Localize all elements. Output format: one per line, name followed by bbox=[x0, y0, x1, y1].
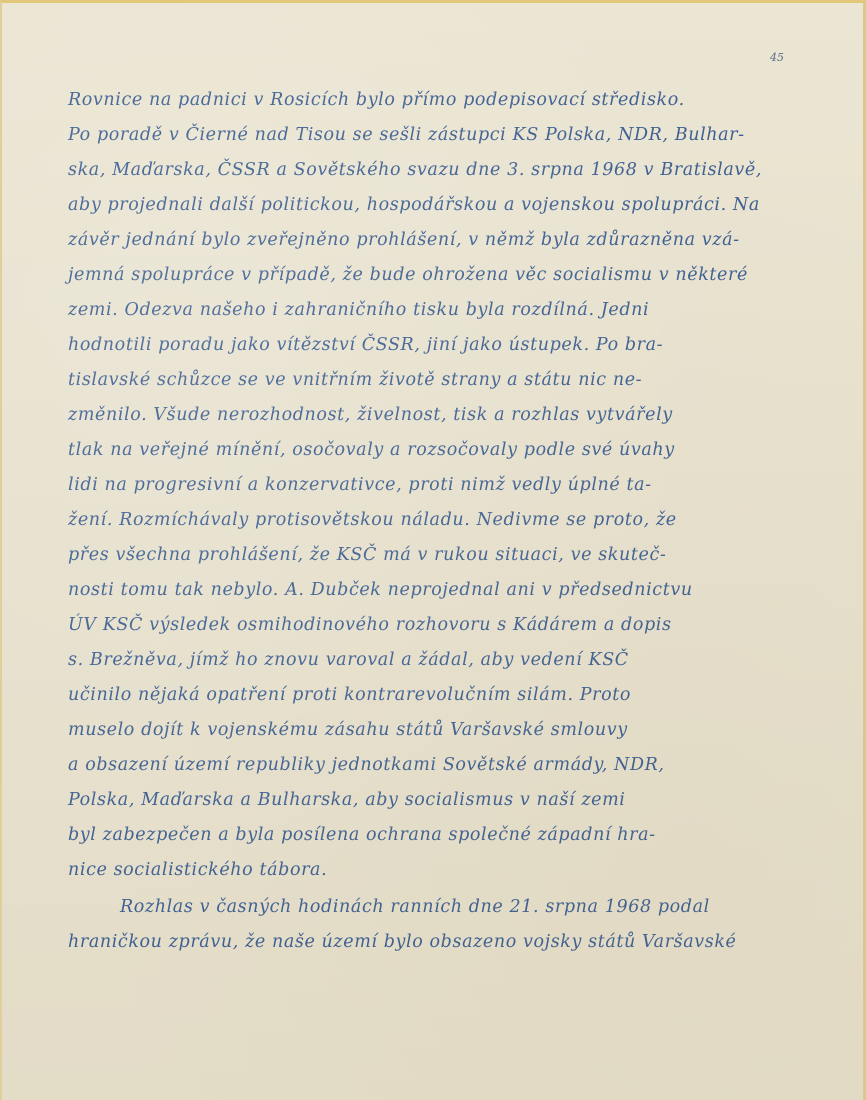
text-line: jemná spolupráce v případě, že bude ohro… bbox=[68, 258, 788, 293]
text-line: lidi na progresivní a konzervativce, pro… bbox=[68, 468, 788, 503]
text-line-content: nosti tomu tak nebylo. A. Dubček neproje… bbox=[68, 573, 693, 608]
text-line-content: zemi. Odezva našeho i zahraničního tisku… bbox=[68, 293, 649, 328]
text-line-content: Po poradě v Čierné nad Tisou se sešli zá… bbox=[68, 118, 745, 153]
text-line-content: tislavské schůzce se ve vnitřním životě … bbox=[68, 363, 642, 398]
text-line-content: Rozhlas v časných hodinách ranních dne 2… bbox=[120, 890, 710, 925]
text-line-content: jemná spolupráce v případě, že bude ohro… bbox=[68, 258, 748, 293]
text-line-content: ÚV KSČ výsledek osmihodinového rozhovoru… bbox=[68, 608, 672, 643]
text-line: přes všechna prohlášení, že KSČ má v ruk… bbox=[68, 538, 788, 573]
text-line: změnilo. Všude nerozhodnost, živelnost, … bbox=[68, 398, 788, 433]
text-line-content: přes všechna prohlášení, že KSČ má v ruk… bbox=[68, 538, 666, 573]
text-line: učinilo nějaká opatření proti kontrarevo… bbox=[68, 678, 788, 713]
text-line: nice socialistického tábora. bbox=[68, 853, 788, 888]
text-line-content: s. Brežněva, jímž ho znovu varoval a žád… bbox=[68, 643, 629, 678]
text-line-content: závěr jednání bylo zveřejněno prohlášení… bbox=[68, 223, 740, 258]
text-line-content: Polska, Maďarska a Bulharska, aby social… bbox=[68, 783, 626, 818]
text-line-content: aby projednali další politickou, hospodá… bbox=[68, 188, 760, 223]
text-line-content: lidi na progresivní a konzervativce, pro… bbox=[68, 468, 652, 503]
text-line-content: učinilo nějaká opatření proti kontrarevo… bbox=[68, 678, 631, 713]
text-line: Rovnice na padnici v Rosicích bylo přímo… bbox=[68, 83, 788, 118]
handwritten-text-body: Rovnice na padnici v Rosicích bylo přímo… bbox=[68, 83, 788, 960]
text-line-content: Rovnice na padnici v Rosicích bylo přímo… bbox=[68, 83, 685, 118]
manuscript-page: 45 Rovnice na padnici v Rosicích bylo př… bbox=[0, 0, 866, 1100]
text-line-content: a obsazení území republiky jednotkami So… bbox=[68, 748, 665, 783]
text-line-content: nice socialistického tábora. bbox=[68, 853, 327, 888]
text-line-content: změnilo. Všude nerozhodnost, živelnost, … bbox=[68, 398, 673, 433]
text-line-content: hraničkou zprávu, že naše území bylo obs… bbox=[68, 925, 737, 960]
text-line: ÚV KSČ výsledek osmihodinového rozhovoru… bbox=[68, 608, 788, 643]
text-line: muselo dojít k vojenskému zásahu států V… bbox=[68, 713, 788, 748]
text-line-content: žení. Rozmíchávaly protisovětskou náladu… bbox=[68, 503, 677, 538]
text-line-content: byl zabezpečen a byla posílena ochrana s… bbox=[68, 818, 656, 853]
text-line: Po poradě v Čierné nad Tisou se sešli zá… bbox=[68, 118, 788, 153]
text-line: ska, Maďarska, ČSSR a Sovětského svazu d… bbox=[68, 153, 788, 188]
text-line: nosti tomu tak nebylo. A. Dubček neproje… bbox=[68, 573, 788, 608]
text-line: aby projednali další politickou, hospodá… bbox=[68, 188, 788, 223]
text-line: Polska, Maďarska a Bulharska, aby social… bbox=[68, 783, 788, 818]
page-number: 45 bbox=[770, 51, 784, 64]
text-line: hraničkou zprávu, že naše území bylo obs… bbox=[68, 925, 788, 960]
text-line-content: muselo dojít k vojenskému zásahu států V… bbox=[68, 713, 628, 748]
text-line: s. Brežněva, jímž ho znovu varoval a žád… bbox=[68, 643, 788, 678]
text-line-content: ska, Maďarska, ČSSR a Sovětského svazu d… bbox=[68, 153, 762, 188]
text-line: zemi. Odezva našeho i zahraničního tisku… bbox=[68, 293, 788, 328]
text-line: závěr jednání bylo zveřejněno prohlášení… bbox=[68, 223, 788, 258]
text-line: byl zabezpečen a byla posílena ochrana s… bbox=[68, 818, 788, 853]
text-line: žení. Rozmíchávaly protisovětskou náladu… bbox=[68, 503, 788, 538]
text-line: tlak na veřejné mínění, osočovaly a rozs… bbox=[68, 433, 788, 468]
text-line-content: hodnotili poradu jako vítězství ČSSR, ji… bbox=[68, 328, 663, 363]
text-line: hodnotili poradu jako vítězství ČSSR, ji… bbox=[68, 328, 788, 363]
text-line: tislavské schůzce se ve vnitřním životě … bbox=[68, 363, 788, 398]
text-line-paragraph-start: Rozhlas v časných hodinách ranních dne 2… bbox=[68, 890, 788, 925]
text-line: a obsazení území republiky jednotkami So… bbox=[68, 748, 788, 783]
text-line-content: tlak na veřejné mínění, osočovaly a rozs… bbox=[68, 433, 675, 468]
